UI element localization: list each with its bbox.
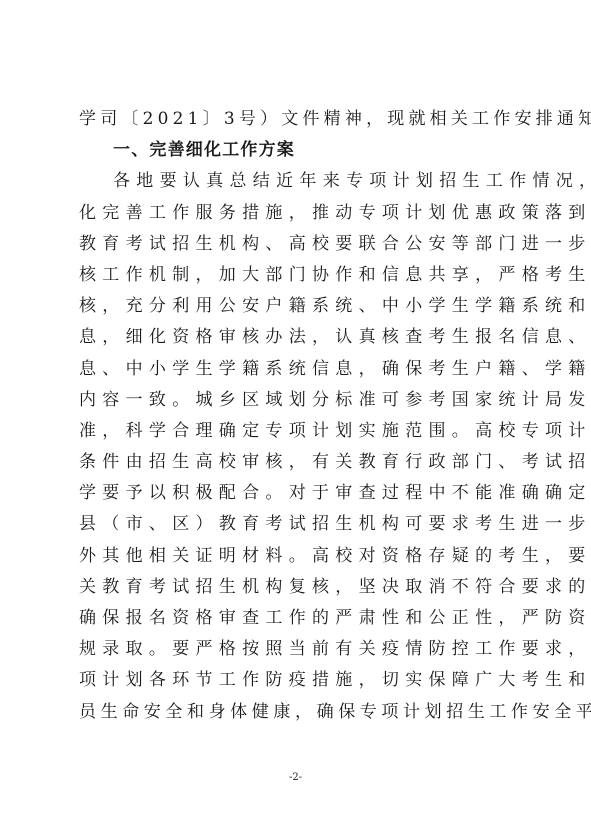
text-line: 员生命安全和身体健康，确保专项计划招生工作安全平稳实施。 bbox=[79, 697, 519, 728]
page-number: -2- bbox=[0, 772, 591, 783]
document-page: 学司〔2021〕3号）文件精神，现就相关工作安排通知如下： 一、完善细化工作方案… bbox=[0, 0, 591, 831]
text-line: 化完善工作服务措施，推动专项计划优惠政策落到实处。各级 bbox=[79, 198, 519, 229]
text-line: 内容一致。城乡区域划分标准可参考国家统计局发布的有关标 bbox=[79, 385, 519, 416]
paragraph-first-line: 各地要认真总结近年来专项计划招生工作情况，进一步细 bbox=[79, 166, 519, 197]
text-line: 县（市、区）教育考试招生机构可要求考生进一步提供规定以 bbox=[79, 509, 519, 540]
text-line-continuation: 学司〔2021〕3号）文件精神，现就相关工作安排通知如下： bbox=[79, 104, 519, 135]
text-line: 教育考试招生机构、高校要联合公安等部门进一步健全联合审 bbox=[79, 229, 519, 260]
text-line: 核工作机制，加大部门协作和信息共享，严格考生报考资格审 bbox=[79, 260, 519, 291]
text-line: 准，科学合理确定专项计划实施范围。高校专项计划其他报考 bbox=[79, 416, 519, 447]
section-heading: 一、完善细化工作方案 bbox=[79, 135, 519, 166]
text-line: 关教育考试招生机构复核，坚决取消不符合要求的考生资格， bbox=[79, 572, 519, 603]
text-line: 息，细化资格审核办法，认真核查考生报名信息、纸质档案信 bbox=[79, 322, 519, 353]
text-line: 规录取。要严格按照当前有关疫情防控工作要求，认真落实专 bbox=[79, 634, 519, 665]
text-line: 学要予以积极配合。对于审查过程中不能准确确定考生资格的， bbox=[79, 478, 519, 509]
text-line: 核，充分利用公安户籍系统、中小学生学籍系统和高考报名信 bbox=[79, 291, 519, 322]
text-line: 息、中小学生学籍系统信息，确保考生户籍、学籍真实准确、 bbox=[79, 354, 519, 385]
text-line: 项计划各环节工作防疫措施，切实保障广大考生和招生工作人 bbox=[79, 665, 519, 696]
text-line: 确保报名资格审查工作的严肃性和公正性，严防资格造假和违 bbox=[79, 603, 519, 634]
body-text: 学司〔2021〕3号）文件精神，现就相关工作安排通知如下： 一、完善细化工作方案… bbox=[79, 104, 519, 728]
text-line: 条件由招生高校审核，有关教育行政部门、考试招生机构和中 bbox=[79, 447, 519, 478]
text-line: 外其他相关证明材料。高校对资格存疑的考生，要及时商请有 bbox=[79, 541, 519, 572]
